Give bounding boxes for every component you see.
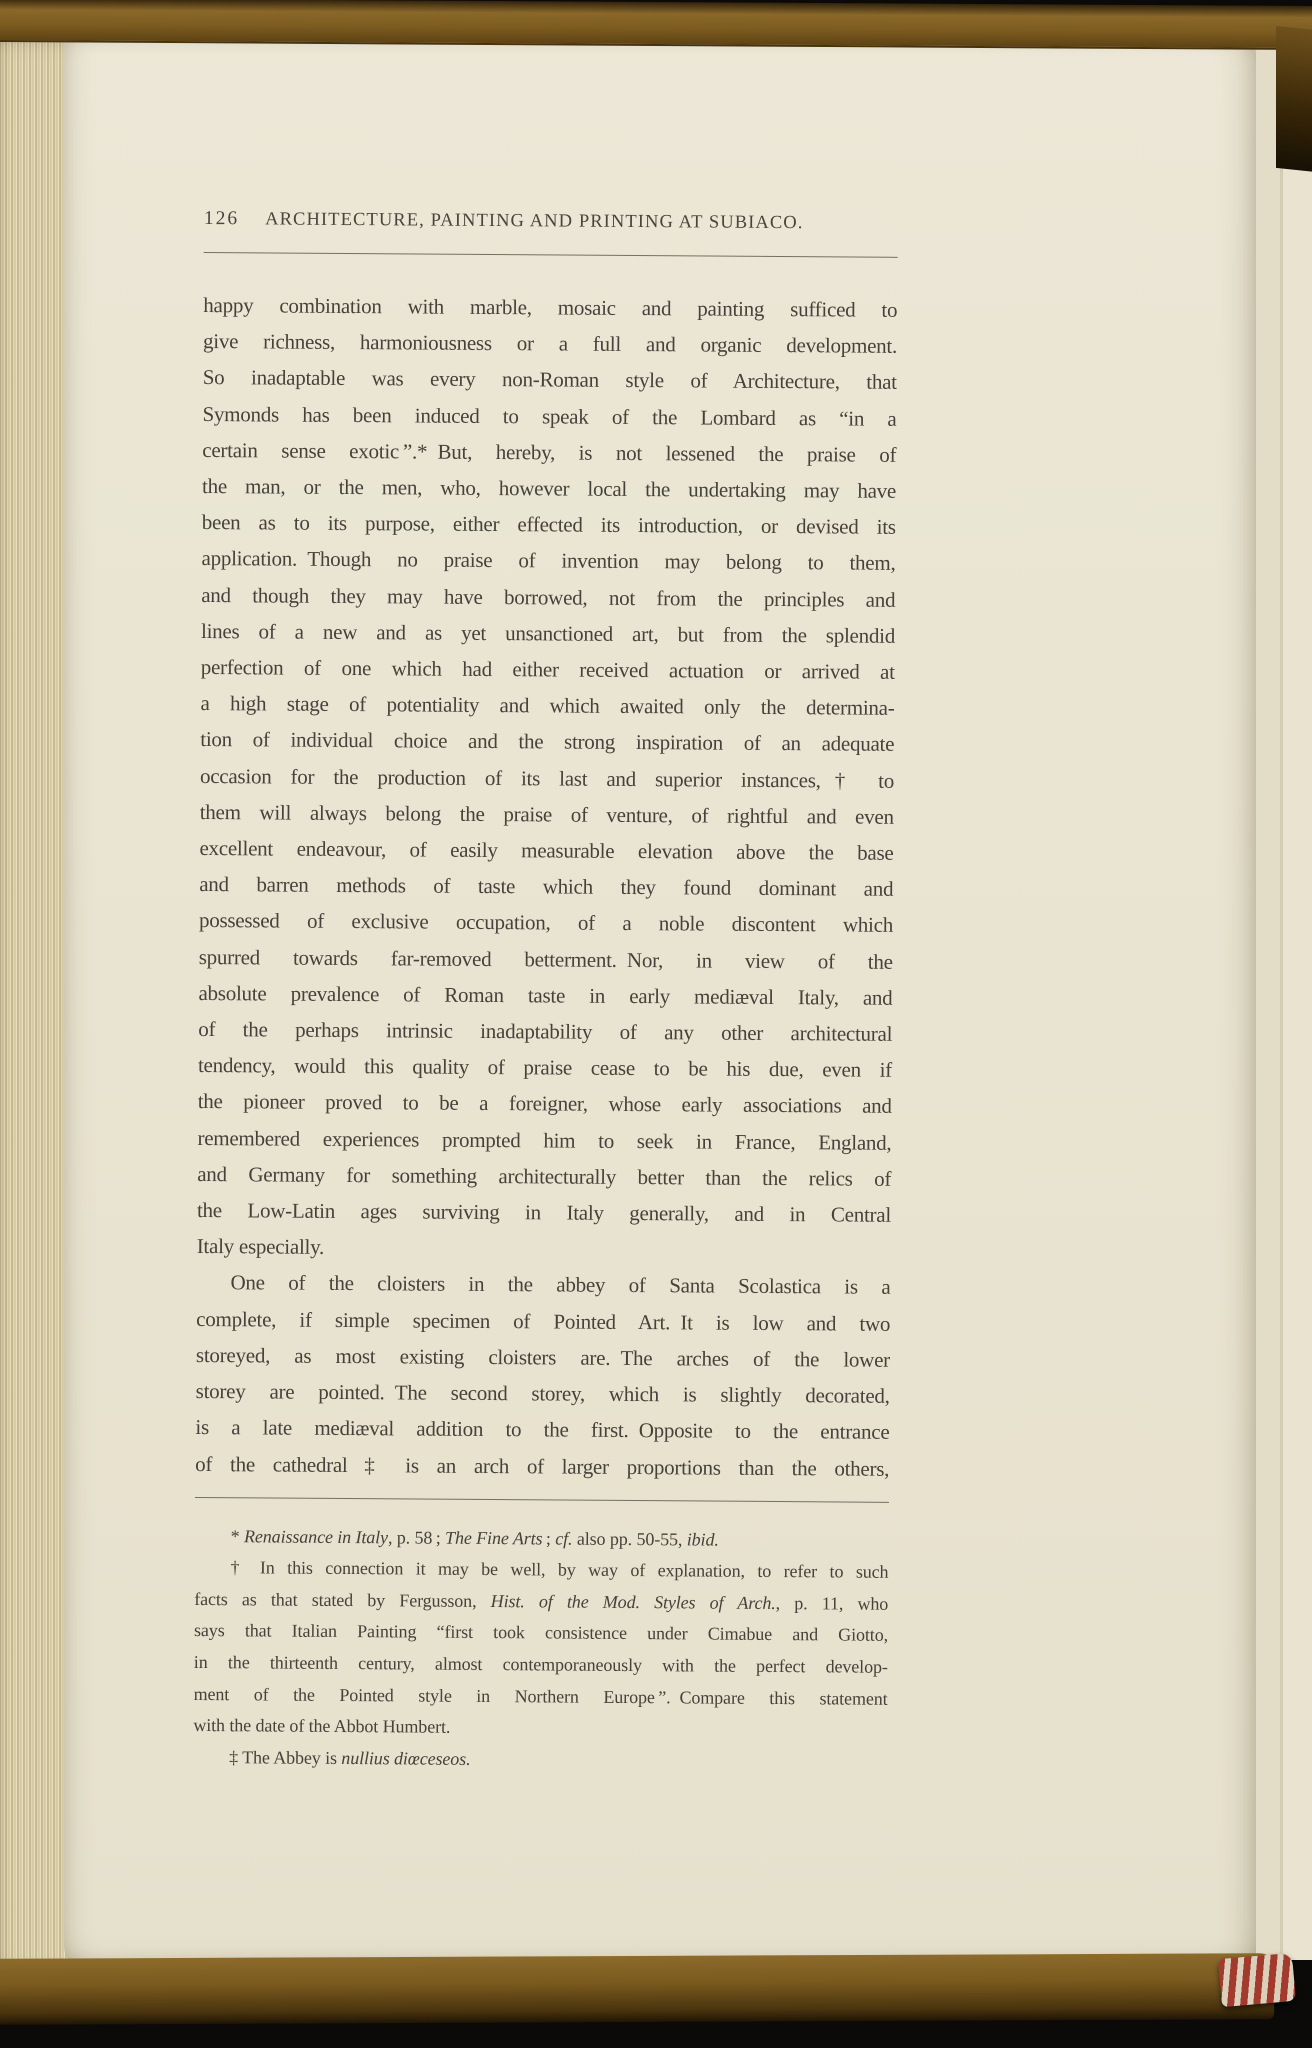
body-text-line: possessed of exclusive occupation, of a … xyxy=(199,902,893,943)
body-text-line: give richness, harmoniousness or a full … xyxy=(203,323,897,364)
body-text-line: storeyed, as most existing cloisters are… xyxy=(196,1337,890,1378)
body-text-line: perfection of one which had either recei… xyxy=(201,649,895,690)
footnote-line: † In this connection it may be well, by … xyxy=(194,1552,888,1588)
running-title: ARCHITECTURE, PAINTING AND PRINTING AT S… xyxy=(265,206,804,236)
page-number: 126 xyxy=(204,206,239,232)
book-scan-photo: { "page": { "number": "126", "running_ti… xyxy=(0,0,1312,2048)
body-text-line: of the perhaps intrinsic inadaptability … xyxy=(198,1011,892,1052)
footnote-line: facts as that stated by Fergusson, Hist.… xyxy=(194,1584,888,1620)
body-text-line: So inadaptable was every non-Roman style… xyxy=(203,359,897,400)
body-text-line: complete, if simple specimen of Pointed … xyxy=(196,1301,890,1342)
book-cover-top-right-corner xyxy=(1276,26,1312,172)
body-text-line: the Low-Latin ages surviving in Italy ge… xyxy=(197,1192,891,1233)
body-text-line: occasion for the production of its last … xyxy=(200,758,894,799)
book-cover-bottom-edge xyxy=(0,1953,1274,2025)
body-text-line: them will always belong the praise of ve… xyxy=(200,794,894,835)
printed-content: 126 ARCHITECTURE, PAINTING AND PRINTING … xyxy=(193,206,898,1778)
body-text-line: spurred towards far-removed betterment. … xyxy=(199,939,893,980)
body-text-line: remembered experiences prompted him to s… xyxy=(197,1120,891,1161)
body-text-line: storey are pointed. The second storey, w… xyxy=(196,1373,890,1414)
body-text-line: and though they may have borrowed, not f… xyxy=(201,577,895,618)
body-text-line: and barren methods of taste which they f… xyxy=(199,866,893,907)
headband-ribbon xyxy=(1218,1953,1296,2007)
footnote-separator-rule xyxy=(195,1497,889,1503)
footnote-line: says that Italian Painting “first took c… xyxy=(194,1615,888,1651)
body-text: happy combination with marble, mosaic an… xyxy=(195,287,897,1487)
body-text-line: happy combination with marble, mosaic an… xyxy=(203,287,897,328)
body-text-line: tion of individual choice and the strong… xyxy=(200,721,894,762)
header-rule xyxy=(204,252,898,258)
body-text-line: Italy especially. xyxy=(197,1228,891,1269)
page-header: 126 ARCHITECTURE, PAINTING AND PRINTING … xyxy=(204,206,898,237)
body-text-line: application. Though no praise of inventi… xyxy=(201,540,895,581)
footnotes: * Renaissance in Italy, p. 58 ; The Fine… xyxy=(193,1521,889,1779)
body-text-line: and Germany for something architecturall… xyxy=(197,1156,891,1197)
footnote-line: * Renaissance in Italy, p. 58 ; The Fine… xyxy=(195,1521,889,1557)
body-text-line: lines of a new and as yet unsanctioned a… xyxy=(201,613,895,654)
body-text-line: One of the cloisters in the abbey of San… xyxy=(196,1264,890,1305)
body-text-line: absolute prevalence of Roman taste in ea… xyxy=(198,975,892,1016)
body-text-line: a high stage of potentiality and which a… xyxy=(200,685,894,726)
body-text-line: the man, or the men, who, however local … xyxy=(202,468,896,509)
footnote-line: in the thirteenth century, almost contem… xyxy=(194,1647,888,1683)
body-text-line: of the cathedral ‡ is an arch of larger … xyxy=(195,1445,889,1486)
body-text-line: been as to its purpose, either effected … xyxy=(202,504,896,545)
body-text-line: the pioneer proved to be a foreigner, wh… xyxy=(198,1083,892,1124)
footnote-line: ‡ The Abbey is nullius diœceseos. xyxy=(193,1742,887,1778)
body-text-line: Symonds has been induced to speak of the… xyxy=(202,396,896,437)
body-text-line: is a late mediæval addition to the first… xyxy=(195,1409,889,1450)
body-text-line: excellent endeavour, of easily measurabl… xyxy=(199,830,893,871)
body-text-line: certain sense exotic ”.* But, hereby, is… xyxy=(202,432,896,473)
footnote-line: ment of the Pointed style in Northern Eu… xyxy=(193,1679,887,1715)
body-text-line: tendency, would this quality of praise c… xyxy=(198,1047,892,1088)
book-cover-top-edge xyxy=(0,0,1312,50)
footnote-line: with the date of the Abbot Humbert. xyxy=(193,1710,887,1746)
book-page: 126 ARCHITECTURE, PAINTING AND PRINTING … xyxy=(64,34,1256,1968)
